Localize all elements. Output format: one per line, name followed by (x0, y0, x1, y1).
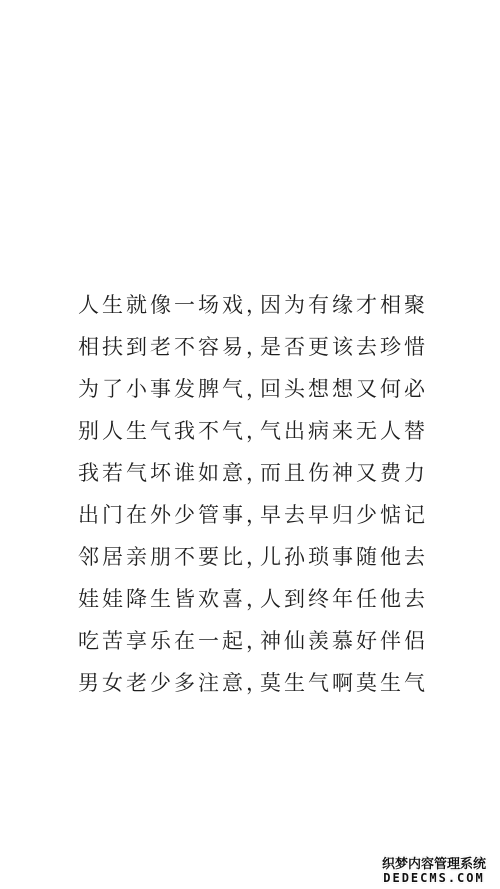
poem-line-2-comma: ， (246, 331, 260, 361)
watermark-chinese-text: 织梦内容管理系统 (374, 858, 494, 872)
poem-line-7-second-half: 儿孙琐事随他去 (260, 541, 428, 571)
poem-line-8: 娃娃降生皆欢喜 ， 人到终年任他去 (78, 577, 434, 619)
poem-line-7-first-half: 邻居亲朋不要比 (78, 541, 246, 571)
poem-line-5-first-half: 我若气坏谁如意 (78, 457, 246, 487)
poem-line-7-comma: ， (246, 541, 260, 571)
poem-line-7: 邻居亲朋不要比 ， 儿孙琐事随他去 (78, 535, 434, 577)
poem-line-4-second-half: 气出病来无人替 (260, 415, 428, 445)
poem-line-6-comma: ， (246, 499, 260, 529)
poem-line-4-first-half: 别人生气我不气 (78, 415, 246, 445)
poem-line-9-first-half: 吃苦享乐在一起 (78, 625, 246, 655)
poem-line-2-first-half: 相扶到老不容易 (78, 331, 246, 361)
watermark: 织梦内容管理系统 DEDECMS.COM (374, 858, 494, 885)
poem-line-5-comma: ， (246, 457, 260, 487)
poem-line-9-comma: ， (246, 625, 260, 655)
poem-line-3-second-half: 回头想想又何必 (260, 373, 428, 403)
poem-line-8-second-half: 人到终年任他去 (260, 583, 428, 613)
poem-line-10-first-half: 男女老少多注意 (78, 667, 246, 697)
poem-line-9-second-half: 神仙羡慕好伴侣 (260, 625, 428, 655)
poem-line-1: 人生就像一场戏 ， 因为有缘才相聚 (78, 283, 434, 325)
poem-line-10: 男女老少多注意 ， 莫生气啊莫生气 (78, 661, 434, 703)
poem-line-5-second-half: 而且伤神又费力 (260, 457, 428, 487)
poem-line-5: 我若气坏谁如意 ， 而且伤神又费力 (78, 451, 434, 493)
poem-line-1-second-half: 因为有缘才相聚 (260, 289, 428, 319)
poem-line-3: 为了小事发脾气 ， 回头想想又何必 (78, 367, 434, 409)
poem-line-4-comma: ， (246, 415, 260, 445)
poem-line-2-second-half: 是否更该去珍惜 (260, 331, 428, 361)
poem-line-3-comma: ， (246, 373, 260, 403)
poem-text-block: 人生就像一场戏 ， 因为有缘才相聚 相扶到老不容易 ， 是否更该去珍惜 为了小事… (78, 283, 434, 703)
poem-line-9: 吃苦享乐在一起 ， 神仙羡慕好伴侣 (78, 619, 434, 661)
poem-line-6-second-half: 早去早归少惦记 (260, 499, 428, 529)
poem-line-1-comma: ， (246, 289, 260, 319)
poem-line-4: 别人生气我不气 ， 气出病来无人替 (78, 409, 434, 451)
poem-line-3-first-half: 为了小事发脾气 (78, 373, 246, 403)
poem-line-6: 出门在外少管事 ， 早去早归少惦记 (78, 493, 434, 535)
poem-line-8-comma: ， (246, 583, 260, 613)
poem-line-8-first-half: 娃娃降生皆欢喜 (78, 583, 246, 613)
poem-line-10-comma: ， (246, 667, 260, 697)
poem-line-1-first-half: 人生就像一场戏 (78, 289, 246, 319)
poem-line-10-second-half: 莫生气啊莫生气 (260, 667, 428, 697)
watermark-site-text: DEDECMS.COM (374, 872, 494, 885)
poem-line-2: 相扶到老不容易 ， 是否更该去珍惜 (78, 325, 434, 367)
poem-line-6-first-half: 出门在外少管事 (78, 499, 246, 529)
